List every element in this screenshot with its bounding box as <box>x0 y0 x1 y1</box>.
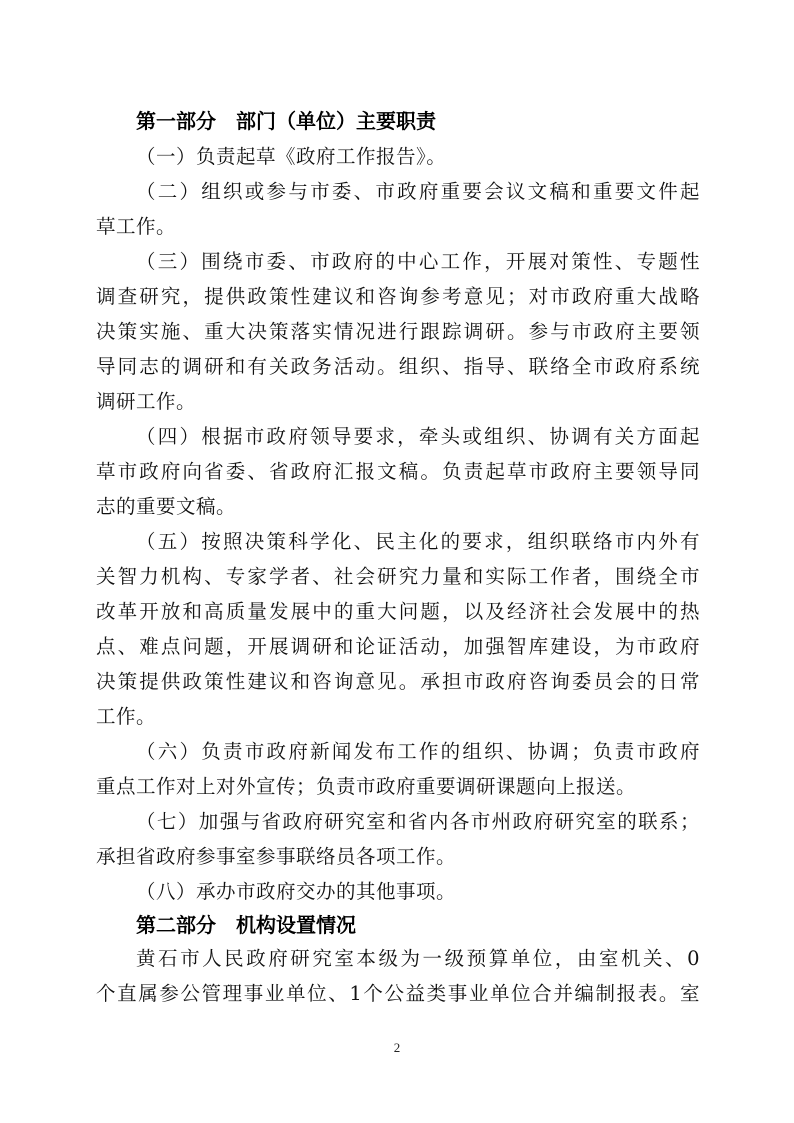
paragraph-line: 草工作。 <box>96 209 700 244</box>
document-page: 第一部分 部门（单位）主要职责 （一）负责起草《政府工作报告》。 （二）组织或参… <box>96 104 700 1011</box>
duty-item-2: （二）组织或参与市委、市政府重要会议文稿和重要文件起 草工作。 <box>96 174 700 244</box>
paragraph-line: （六）负责市政府新闻发布工作的组织、协调；负责市政府 <box>96 734 700 769</box>
section-1-heading: 第一部分 部门（单位）主要职责 <box>96 104 700 139</box>
paragraph-line: （一）负责起草《政府工作报告》。 <box>96 139 700 174</box>
paragraph-line: 草市政府向省委、省政府汇报文稿。负责起草市政府主要领导同 <box>96 454 700 489</box>
paragraph-line: 点、难点问题，开展调研和论证活动，加强智库建设，为市政府 <box>96 629 700 664</box>
duty-item-5: （五）按照决策科学化、民主化的要求，组织联络市内外有 关智力机构、专家学者、社会… <box>96 524 700 734</box>
duty-item-1: （一）负责起草《政府工作报告》。 <box>96 139 700 174</box>
paragraph-line: 工作。 <box>96 699 700 734</box>
paragraph-line: （四）根据市政府领导要求，牵头或组织、协调有关方面起 <box>96 419 700 454</box>
paragraph-line: （二）组织或参与市委、市政府重要会议文稿和重要文件起 <box>96 174 700 209</box>
org-setup-paragraph: 黄石市人民政府研究室本级为一级预算单位，由室机关、0 个直属参公管理事业单位、1… <box>96 941 700 1011</box>
duty-item-8: （八）承办市政府交办的其他事项。 <box>96 874 700 909</box>
paragraph-line: 黄石市人民政府研究室本级为一级预算单位，由室机关、0 <box>96 941 700 976</box>
paragraph-line: 决策提供政策性建议和咨询意见。承担市政府咨询委员会的日常 <box>96 664 700 699</box>
paragraph-line: 个直属参公管理事业单位、1个公益类事业单位合并编制报表。室 <box>96 976 700 1011</box>
paragraph-line: 志的重要文稿。 <box>96 489 700 524</box>
paragraph-line: 承担省政府参事室参事联络员各项工作。 <box>96 839 700 874</box>
duty-item-6: （六）负责市政府新闻发布工作的组织、协调；负责市政府 重点工作对上对外宣传；负责… <box>96 734 700 804</box>
paragraph-line: 决策实施、重大决策落实情况进行跟踪调研。参与市政府主要领 <box>96 314 700 349</box>
duty-item-7: （七）加强与省政府研究室和省内各市州政府研究室的联系； 承担省政府参事室参事联络… <box>96 804 700 874</box>
paragraph-line: （三）围绕市委、市政府的中心工作，开展对策性、专题性 <box>96 244 700 279</box>
paragraph-line: 重点工作对上对外宣传；负责市政府重要调研课题向上报送。 <box>96 769 700 804</box>
section-2-heading: 第二部分 机构设置情况 <box>96 909 700 941</box>
paragraph-line: （五）按照决策科学化、民主化的要求，组织联络市内外有 <box>96 524 700 559</box>
paragraph-line: 改革开放和高质量发展中的重大问题，以及经济社会发展中的热 <box>96 594 700 629</box>
paragraph-line: 导同志的调研和有关政务活动。组织、指导、联络全市政府系统 <box>96 349 700 384</box>
paragraph-line: 调研工作。 <box>96 384 700 419</box>
paragraph-line: （八）承办市政府交办的其他事项。 <box>96 874 700 909</box>
paragraph-line: 调查研究，提供政策性建议和咨询参考意见；对市政府重大战略 <box>96 279 700 314</box>
duty-item-3: （三）围绕市委、市政府的中心工作，开展对策性、专题性 调查研究，提供政策性建议和… <box>96 244 700 419</box>
paragraph-line: （七）加强与省政府研究室和省内各市州政府研究室的联系； <box>96 804 700 839</box>
page-number: 2 <box>0 1040 794 1056</box>
paragraph-line: 关智力机构、专家学者、社会研究力量和实际工作者，围绕全市 <box>96 559 700 594</box>
duty-item-4: （四）根据市政府领导要求，牵头或组织、协调有关方面起 草市政府向省委、省政府汇报… <box>96 419 700 524</box>
